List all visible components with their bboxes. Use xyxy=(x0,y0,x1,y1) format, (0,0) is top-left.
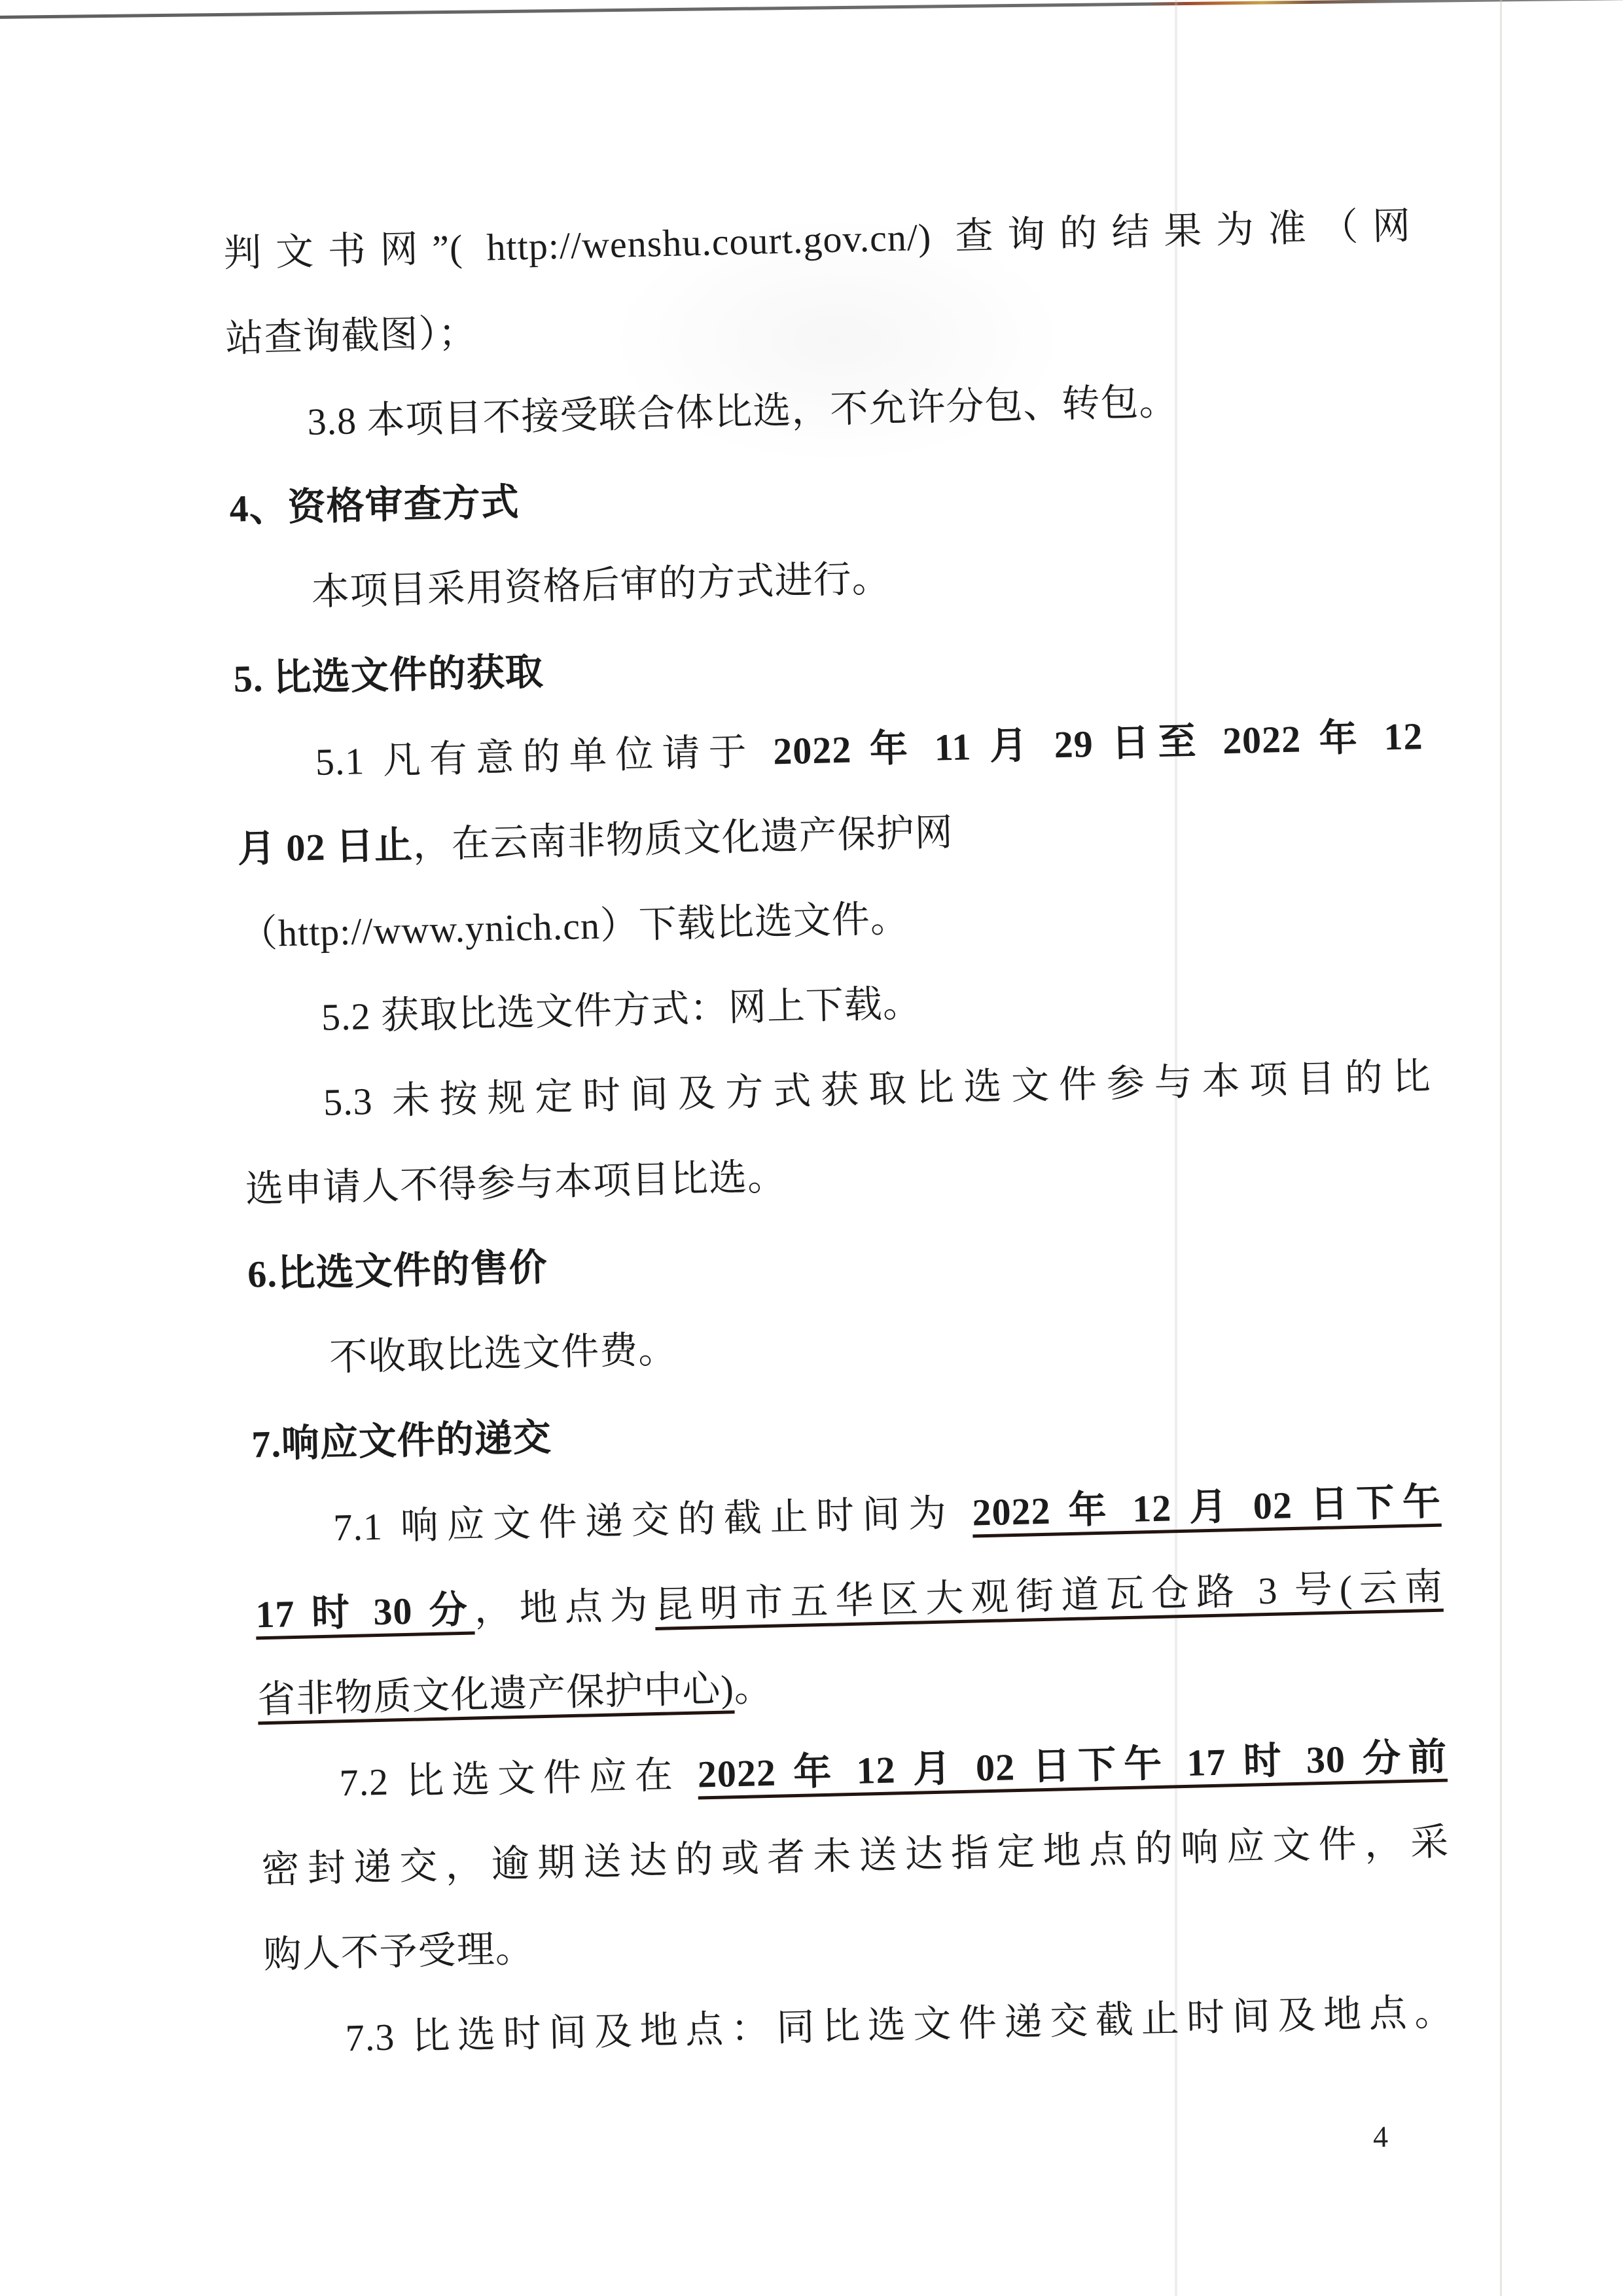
text-segment: 2022 年 12 月 02 日下午 17 时 30 分前 xyxy=(697,1736,1448,1796)
text-content: 判文书网”( http://wenshu.court.gov.cn/) 查询的结… xyxy=(223,183,1454,2083)
text-segment: 省非物质文化遗产保护中心) xyxy=(257,1667,735,1721)
text-segment: 3.8 本项目不接受联合体比选，不允许分包、转包。 xyxy=(307,380,1178,443)
text-segment: 不收取比选文件费。 xyxy=(329,1328,677,1378)
text-segment: 昆明市五华区大观街道瓦仓路 3 号(云南 xyxy=(654,1566,1444,1626)
text-segment: 。 xyxy=(734,1666,774,1710)
text-segment: 月 02 日止 xyxy=(237,823,413,870)
scanner-streak xyxy=(1500,0,1502,2296)
text-segment: ，在云南非物质文化遗产保护网 xyxy=(412,811,954,866)
text-segment: 2022 年 12 月 02 日下午 xyxy=(972,1480,1442,1534)
text-segment: 4、资格审查方式 xyxy=(229,480,520,529)
text-segment: 5.2 获取比选文件方式：网上下载。 xyxy=(321,982,921,1039)
text-segment: 密封递交，逾期送达的或者未送达指定地点的响应文件，采 xyxy=(261,1821,1450,1892)
text-segment: 购人不予受理。 xyxy=(263,1928,534,1977)
text-segment: 7.1 响应文件递交的截止时间为 xyxy=(333,1492,973,1549)
text-segment: 5. 比选文件的获取 xyxy=(233,651,544,700)
page-number: 4 xyxy=(1373,2119,1389,2154)
text-segment: ，地点为 xyxy=(474,1584,655,1630)
text-segment: （http://www.ynich.cn）下载比选文件。 xyxy=(239,897,909,956)
text-segment: 2022 年 11 月 29 日至 2022 年 12 xyxy=(773,715,1424,772)
scan-edge-artifact xyxy=(0,0,1623,19)
text-segment: 7.2 比选文件应在 xyxy=(339,1753,698,1804)
text-segment: 站查询截图）； xyxy=(225,312,477,360)
text-segment: 判文书网”( http://wenshu.court.gov.cn/) 查询的结… xyxy=(223,204,1412,275)
text-segment: 选申请人不得参与本项目比选。 xyxy=(245,1155,786,1210)
text-segment: 17 时 30 分 xyxy=(255,1588,475,1636)
text-segment: 7.响应文件的递交 xyxy=(251,1416,552,1466)
text-segment: 5.1 凡有意的单位请于 xyxy=(315,730,774,783)
text-segment: 6.比选文件的售价 xyxy=(247,1246,548,1296)
text-segment: 5.3 未按规定时间及方式获取比选文件参与本项目的比 xyxy=(323,1055,1431,1124)
document-page: 判文书网”( http://wenshu.court.gov.cn/) 查询的结… xyxy=(0,0,1623,2296)
text-segment: 7.3 比选时间及地点：同比选文件递交截止时间及地点。 xyxy=(345,1990,1454,2059)
text-segment: 本项目采用资格后审的方式进行。 xyxy=(311,557,891,613)
